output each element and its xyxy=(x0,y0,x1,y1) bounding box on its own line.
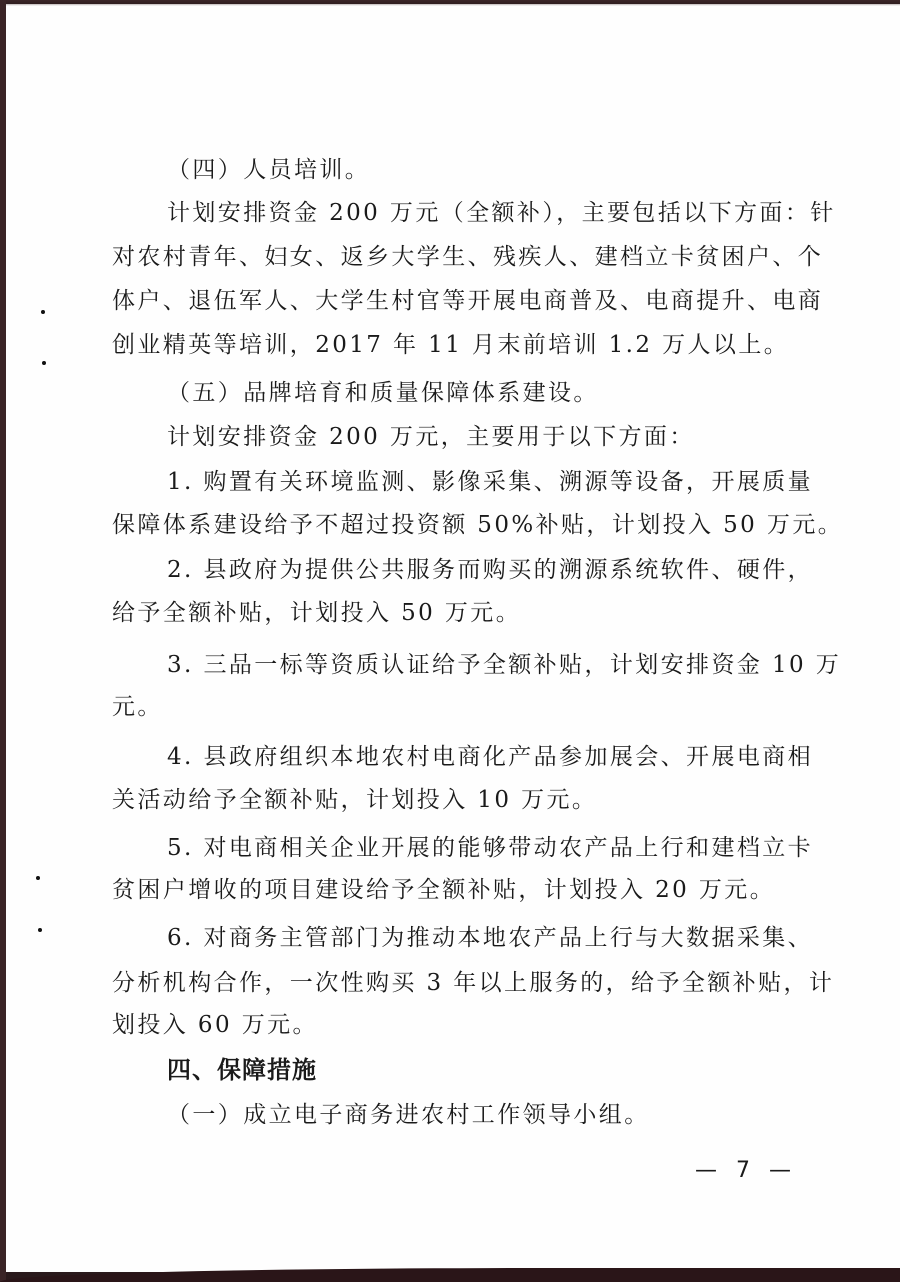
text-line: 保障体系建设给予不超过投资额 50%补贴，计划投入 50 万元。 xyxy=(112,511,784,539)
text-line: 体户、退伍军人、大学生村官等开展电商普及、电商提升、电商 xyxy=(112,287,784,315)
binding-dot xyxy=(42,361,46,365)
text-line: 元。 xyxy=(112,693,784,721)
text-line: 6. 对商务主管部门为推动本地农产品上行与大数据采集、 xyxy=(167,924,784,952)
binding-dot xyxy=(41,310,45,314)
binding-dot xyxy=(38,928,42,932)
text-line: 划投入 60 万元。 xyxy=(112,1011,784,1039)
scan-top-shadow xyxy=(0,0,900,6)
section-heading: 四、保障措施 xyxy=(167,1056,784,1084)
page-number: — 7 — xyxy=(695,1158,797,1183)
subsection-heading: （一）成立电子商务进农村工作领导小组。 xyxy=(167,1101,784,1129)
text-line: 贫困户增收的项目建设给予全额补贴，计划投入 20 万元。 xyxy=(112,876,784,904)
text-line: 创业精英等培训，2017 年 11 月末前培训 1.2 万人以上。 xyxy=(112,331,784,359)
text-line: 关活动给予全额补贴，计划投入 10 万元。 xyxy=(112,786,784,814)
text-line: 2. 县政府为提供公共服务而购买的溯源系统软件、硬件， xyxy=(167,556,784,584)
text-line: （四）人员培训。 xyxy=(167,156,784,184)
text-line: 3. 三品一标等资质认证给予全额补贴，计划安排资金 10 万 xyxy=(167,651,784,679)
text-line: （五）品牌培育和质量保障体系建设。 xyxy=(167,379,784,407)
text-line: 对农村青年、妇女、返乡大学生、残疾人、建档立卡贫困户、个 xyxy=(112,243,784,271)
text-line: 1. 购置有关环境监测、影像采集、溯源等设备，开展质量 xyxy=(167,468,784,496)
text-line: 5. 对电商相关企业开展的能够带动农产品上行和建档立卡 xyxy=(167,834,784,862)
text-line: 给予全额补贴，计划投入 50 万元。 xyxy=(112,599,784,627)
text-line: 4. 县政府组织本地农村电商化产品参加展会、开展电商相 xyxy=(167,743,784,771)
text-line: 分析机构合作，一次性购买 3 年以上服务的，给予全额补贴，计 xyxy=(112,969,784,997)
text-line: 计划安排资金 200 万元（全额补），主要包括以下方面：针 xyxy=(167,199,784,227)
binding-dot xyxy=(36,876,40,880)
text-line: 计划安排资金 200 万元，主要用于以下方面： xyxy=(167,423,784,451)
